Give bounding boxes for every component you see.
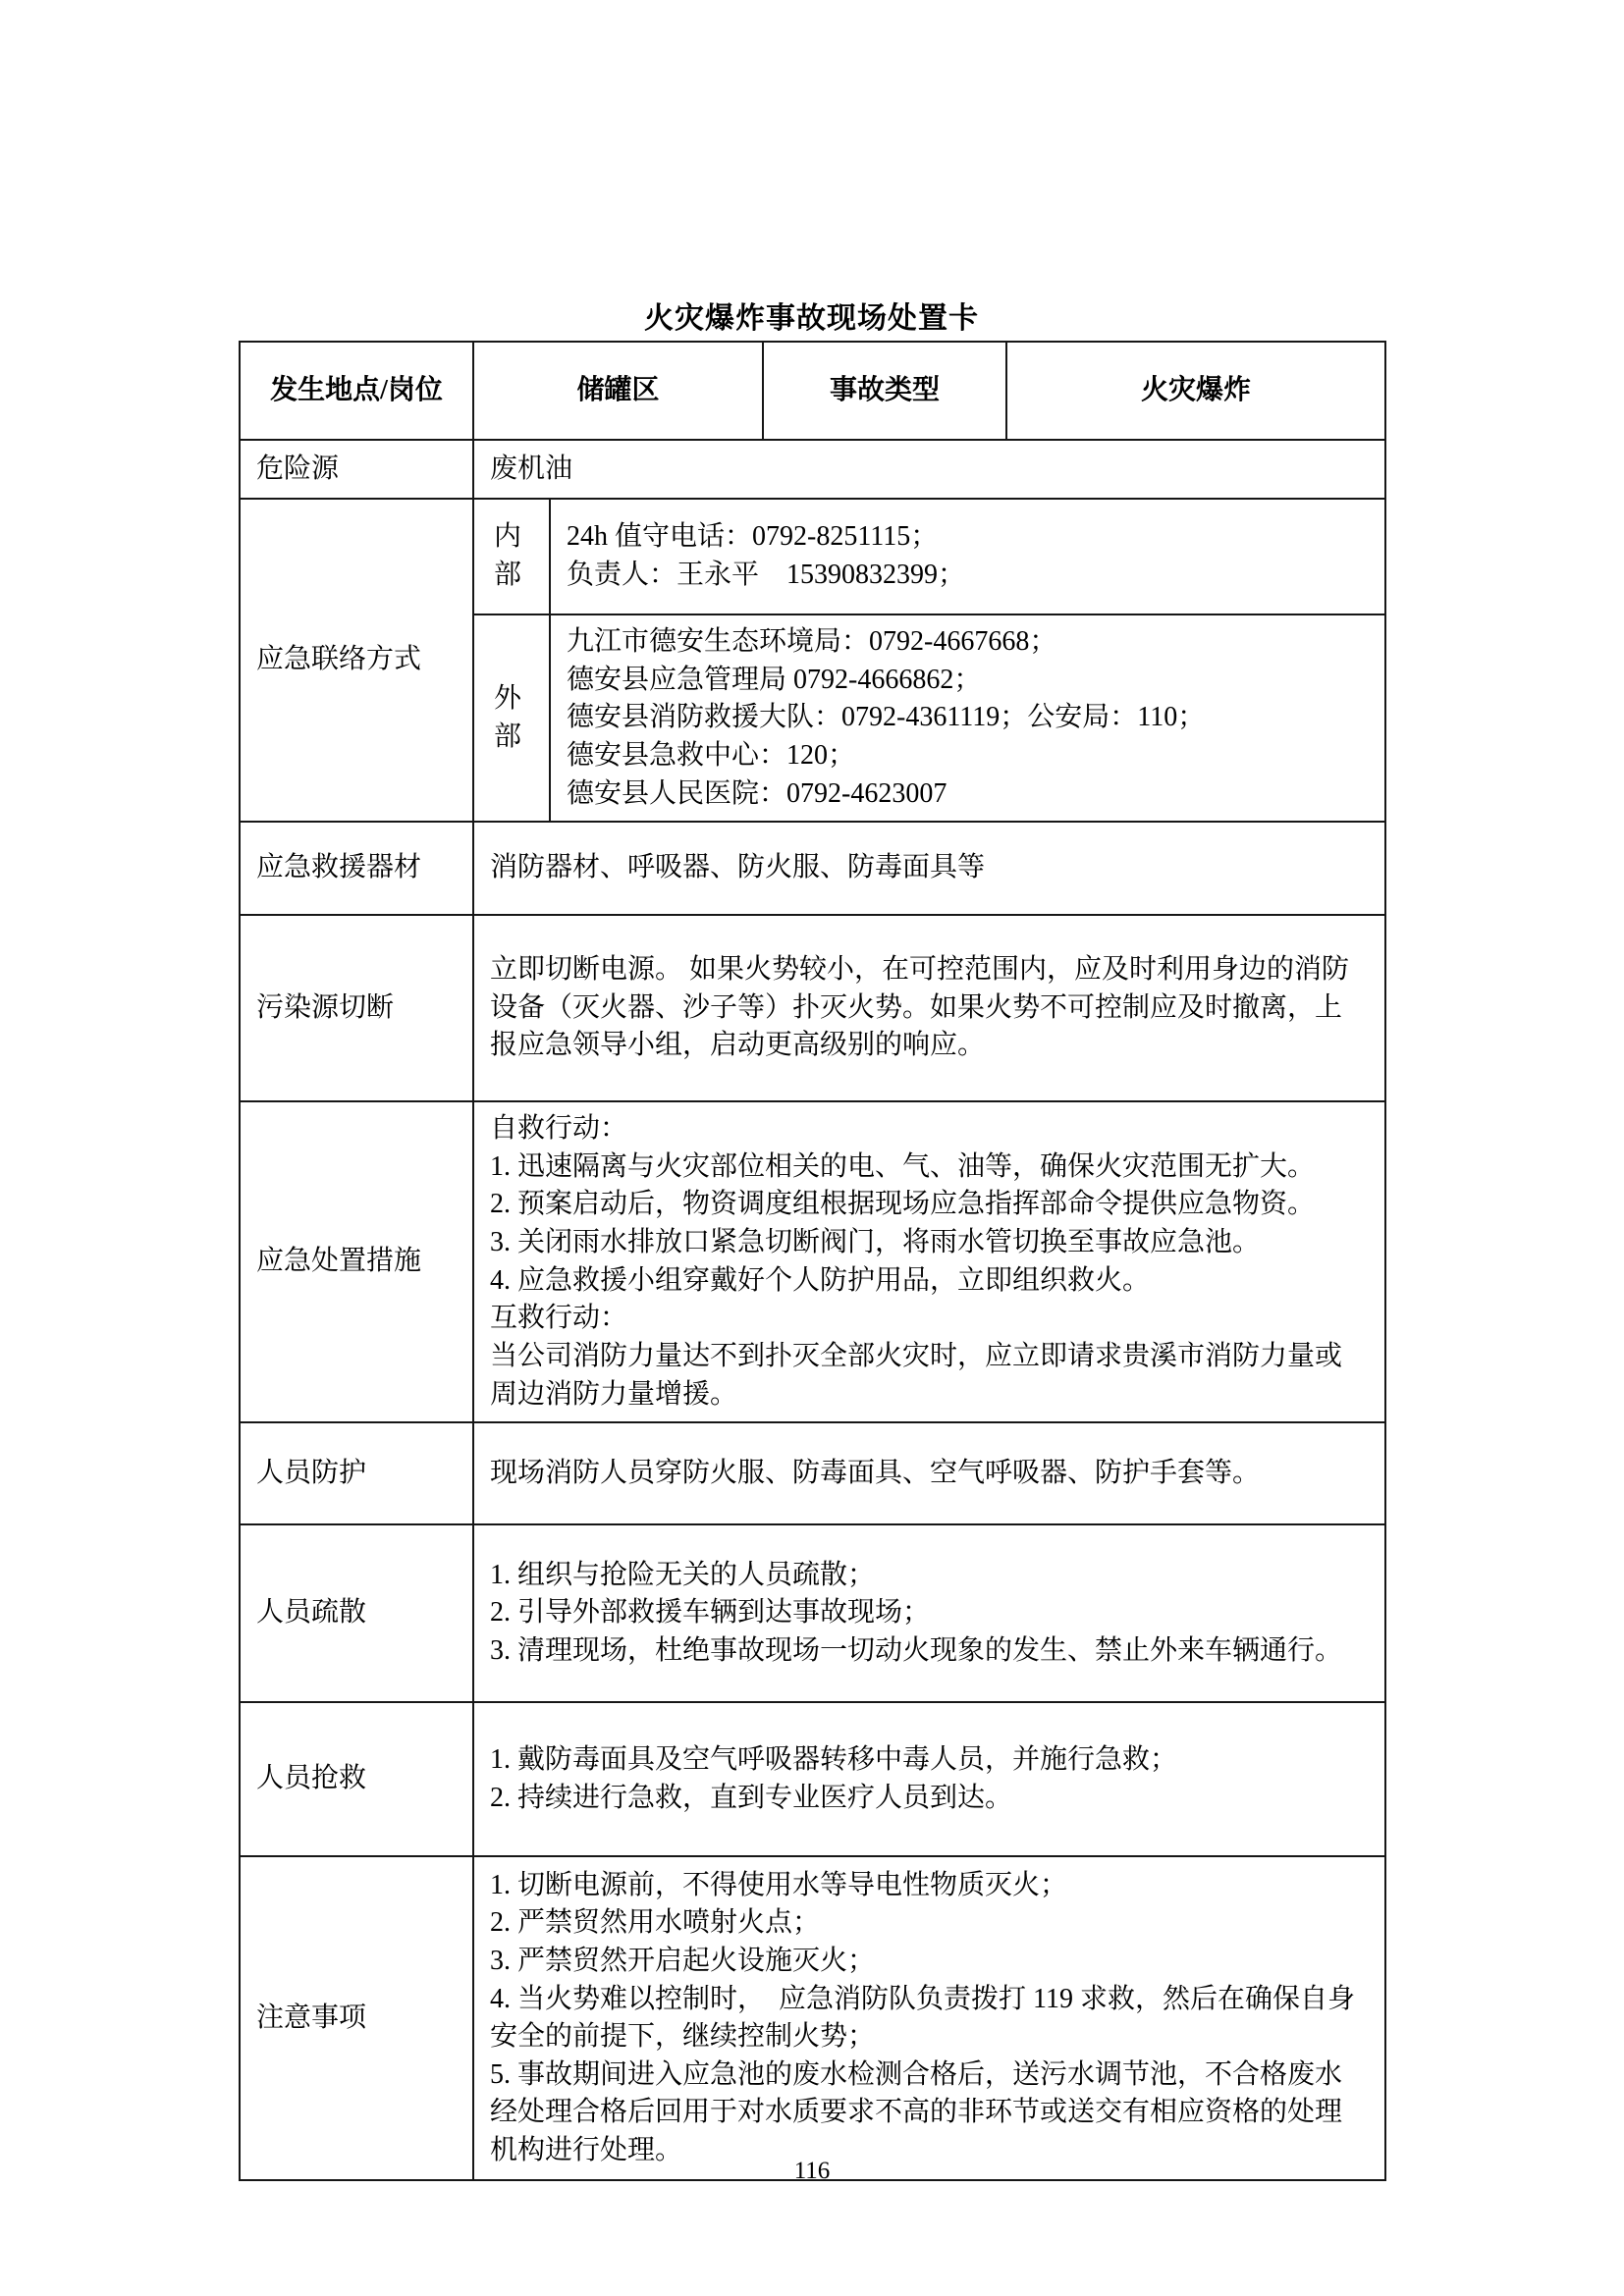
- personnel-protection-row: 人员防护 现场消防人员穿防火服、防毒面具、空气呼吸器、防护手套等。: [240, 1422, 1385, 1524]
- processing-card-table: 发生地点/岗位 储罐区 事故类型 火灾爆炸 危险源 废机油 应急联络方式 内部 …: [239, 341, 1386, 2181]
- hazard-value-cell: 废机油: [473, 440, 1385, 499]
- personnel-evacuation-row: 人员疏散 1. 组织与抢险无关的人员疏散； 2. 引导外部救援车辆到达事故现场；…: [240, 1524, 1385, 1702]
- contact-internal-label-cell: 内部: [473, 499, 550, 614]
- rescue-equipment-row: 应急救援器材 消防器材、呼吸器、防火服、防毒面具等: [240, 822, 1385, 915]
- document-title: 火灾爆炸事故现场处置卡: [239, 294, 1384, 337]
- rescue-equipment-label-cell: 应急救援器材: [240, 822, 473, 915]
- contact-label-cell: 应急联络方式: [240, 499, 473, 822]
- document-page: 火灾爆炸事故现场处置卡 发生地点/岗位 储罐区 事故类型 火灾爆炸 危险源 废机…: [0, 0, 1624, 2296]
- personnel-protection-content-cell: 现场消防人员穿防火服、防毒面具、空气呼吸器、防护手套等。: [473, 1422, 1385, 1524]
- rescue-equipment-content-cell: 消防器材、呼吸器、防火服、防毒面具等: [473, 822, 1385, 915]
- emergency-measures-row: 应急处置措施 自救行动： 1. 迅速隔离与火灾部位相关的电、气、油等，确保火灾范…: [240, 1101, 1385, 1422]
- accident-type-value-cell: 火灾爆炸: [1006, 342, 1385, 440]
- header-row: 发生地点/岗位 储罐区 事故类型 火灾爆炸: [240, 342, 1385, 440]
- precautions-content-cell: 1. 切断电源前，不得使用水等导电性物质灭火； 2. 严禁贸然用水喷射火点； 3…: [473, 1856, 1385, 2180]
- hazard-label-cell: 危险源: [240, 440, 473, 499]
- pollution-cutoff-content-cell: 立即切断电源。 如果火势较小，在可控范围内，应及时利用身边的消防设备（灭火器、沙…: [473, 915, 1385, 1101]
- personnel-rescue-content-cell: 1. 戴防毒面具及空气呼吸器转移中毒人员，并施行急救； 2. 持续进行急救，直到…: [473, 1702, 1385, 1856]
- precautions-row: 注意事项 1. 切断电源前，不得使用水等导电性物质灭火； 2. 严禁贸然用水喷射…: [240, 1856, 1385, 2180]
- emergency-measures-label-cell: 应急处置措施: [240, 1101, 473, 1422]
- precautions-label-cell: 注意事项: [240, 1856, 473, 2180]
- personnel-evacuation-label-cell: 人员疏散: [240, 1524, 473, 1702]
- contact-internal-row: 应急联络方式 内部 24h 值守电话：0792-8251115； 负责人：王永平…: [240, 499, 1385, 614]
- emergency-measures-content-cell: 自救行动： 1. 迅速隔离与火灾部位相关的电、气、油等，确保火灾范围无扩大。 2…: [473, 1101, 1385, 1422]
- contact-external-content-cell: 九江市德安生态环境局：0792-4667668； 德安县应急管理局 0792-4…: [550, 614, 1385, 822]
- contact-external-label-cell: 外部: [473, 614, 550, 822]
- contact-internal-content-cell: 24h 值守电话：0792-8251115； 负责人：王永平 153908323…: [550, 499, 1385, 614]
- personnel-protection-label-cell: 人员防护: [240, 1422, 473, 1524]
- personnel-rescue-row: 人员抢救 1. 戴防毒面具及空气呼吸器转移中毒人员，并施行急救； 2. 持续进行…: [240, 1702, 1385, 1856]
- pollution-cutoff-label-cell: 污染源切断: [240, 915, 473, 1101]
- location-label-cell: 发生地点/岗位: [240, 342, 473, 440]
- hazard-row: 危险源 废机油: [240, 440, 1385, 499]
- pollution-cutoff-row: 污染源切断 立即切断电源。 如果火势较小，在可控范围内，应及时利用身边的消防设备…: [240, 915, 1385, 1101]
- location-value-cell: 储罐区: [473, 342, 763, 440]
- personnel-rescue-label-cell: 人员抢救: [240, 1702, 473, 1856]
- page-number: 116: [0, 2158, 1624, 2185]
- personnel-evacuation-content-cell: 1. 组织与抢险无关的人员疏散； 2. 引导外部救援车辆到达事故现场； 3. 清…: [473, 1524, 1385, 1702]
- accident-type-label-cell: 事故类型: [763, 342, 1006, 440]
